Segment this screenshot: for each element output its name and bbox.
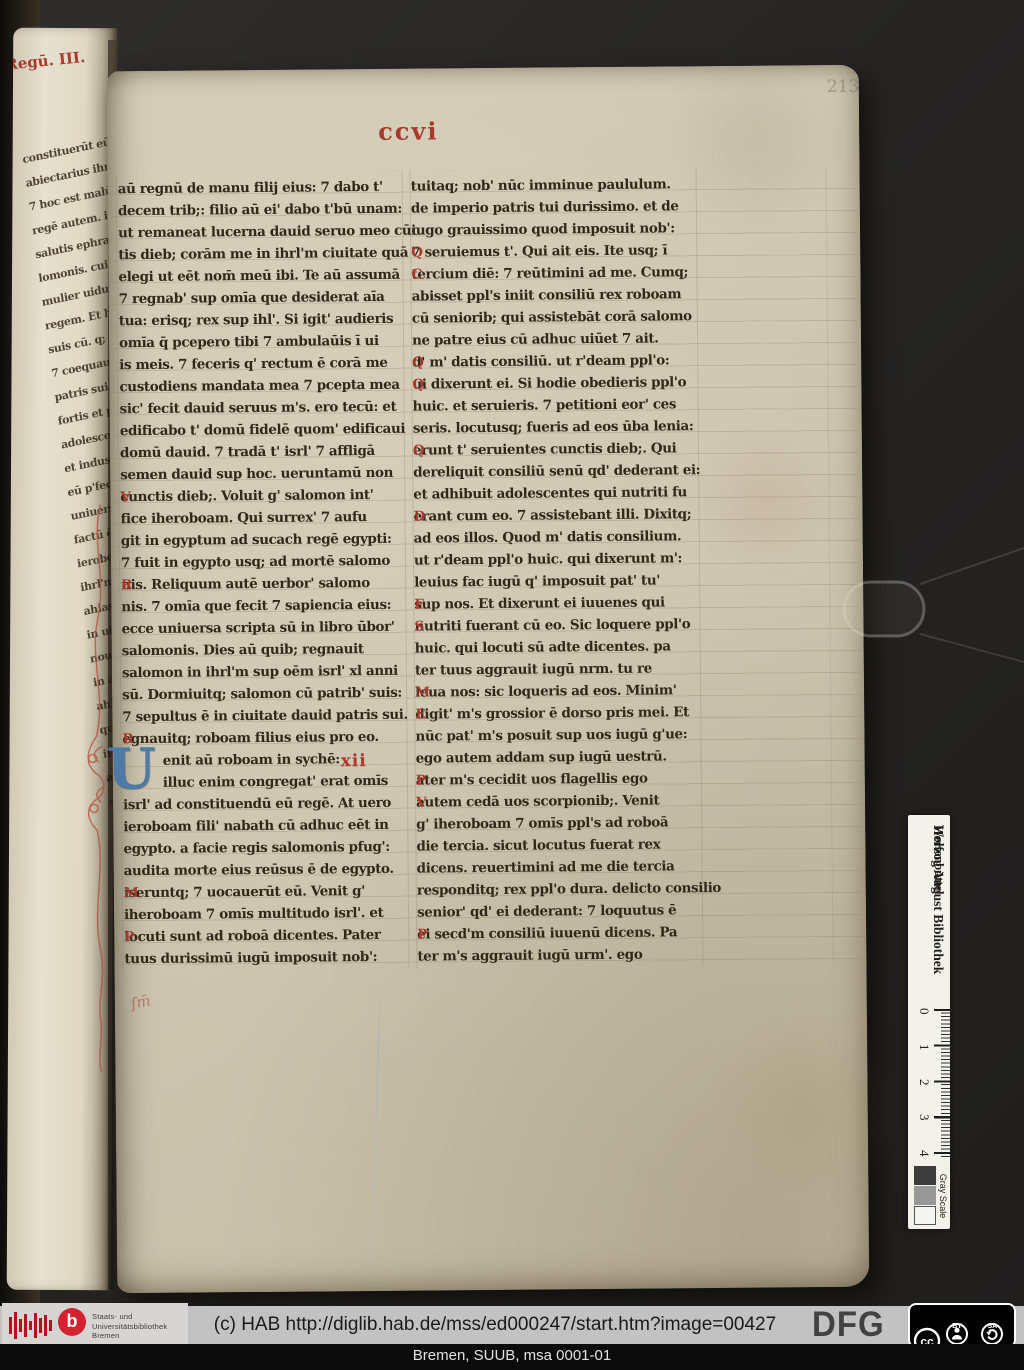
suub-bars-icon [8, 1310, 54, 1341]
rubric-initial: P [124, 926, 134, 948]
manuscript-line: aū regnū de manu filij eius: 7 dabo t' [118, 176, 410, 201]
manuscript-line: semen dauid sup hoc. ueruntamū non [120, 462, 412, 487]
rubric-initial: R [121, 574, 132, 596]
suub-name: Staats- undUniversitätsbibliothekBremen [92, 1312, 167, 1341]
parchment-stain [715, 1014, 897, 1206]
manuscript-line: elegi ut eēt nom̄ meū ibi. Te aū assumā [118, 264, 410, 289]
scale-number: 2 [916, 1079, 932, 1086]
scale-number: 4 [916, 1150, 932, 1157]
cc-by-icon: BY [952, 1322, 962, 1330]
rubric-initial: E [415, 704, 425, 726]
institution-label: Herzog August Bibliothek Wolfenbüttel [908, 815, 950, 1007]
manuscript-line: ut r'deam ppl'o huic. qui dixerunt m': [414, 547, 706, 572]
manuscript-line: Q7 seruiemus t'. Qui ait eis. Ite usq; ī [411, 239, 703, 264]
manuscript-line: Snutriti fuerant cū eo. Sic loquere ppl'… [414, 613, 706, 638]
penwork-flourish [78, 500, 119, 1100]
suub-bremen-logo: b Staats- undUniversitätsbibliothekBreme… [2, 1303, 188, 1348]
manuscript-line: Rnis. Reliquum autē uerbor' salomo [121, 572, 413, 597]
manuscript-line: tuitaq; nob' nūc imminue paululum. [411, 173, 703, 198]
manuscript-line: ieroboam fili' nabath cū adhuc eēt in [123, 814, 415, 839]
manuscript-line: huic. et seruieris. 7 petitioni eor' ces [413, 393, 705, 418]
scale-number: 1 [916, 1044, 932, 1051]
rubric-initial: Q [412, 352, 424, 374]
gray-swatches [914, 1163, 938, 1229]
manuscript-line: Esup nos. Et dixerunt ei iuuenes qui [414, 591, 706, 616]
manuscript-line: Pater m's cecidit uos flagellis ego [416, 767, 708, 792]
manuscript-line: 7 sepultus ē in ciuitate dauid patris su… [122, 704, 414, 729]
gray-swatch-dark [914, 1166, 936, 1185]
manuscript-line: Qerunt t' seruientes cunctis dieb;. Qui [413, 437, 705, 462]
manuscript-line: Qui dixerunt ei. Si hodie obedieris ppl'… [412, 371, 704, 396]
manuscript-page: ccvi 213 U xii aū regnū de manu filij ei… [107, 65, 870, 1294]
manuscript-line: 7 fuit in egypto usq; ad mortē salomo [121, 550, 413, 575]
gray-scale-patch: Gray Scale [908, 1163, 950, 1229]
folio-header-numeral: ccvi [378, 116, 439, 146]
manuscript-line: isrl' ad constituendū eū regē. At uero [123, 792, 415, 817]
manuscript-line: die tercia. sicut locutus fuerat rex [416, 833, 708, 858]
manuscript-line: ne patre eius cū adhuc uiūet 7 ait. [412, 327, 704, 352]
manuscript-line: salomon in ihrl'm sup oēm isrl' xl anni [122, 660, 414, 685]
manuscript-line: Qd' m' datis consiliū. ut r'deam ppl'o: [412, 349, 704, 374]
manuscript-line: seris. locutusq; fueris ad eos ūba lenia… [413, 415, 705, 440]
centimeter-ticks [934, 1009, 950, 1161]
manuscript-line: tua: erisq; rex sup ihl'. Si igit' audie… [119, 308, 411, 333]
color-reference-ruler: Herzog August Bibliothek Wolfenbüttel 01… [908, 815, 950, 1229]
manuscript-line: nūc pat' m's posuit sup uos iugū g'ue: [415, 723, 707, 748]
manuscript-line: Plocuti sunt ad roboā dicentes. Pater [124, 924, 416, 949]
manuscript-line: Pei secd'm consiliū iuuenū dicens. Pa [417, 921, 709, 946]
manuscript-line: git in egyptum ad sucach regē egypti: [121, 528, 413, 553]
manuscript-line: responditq; rex ppl'o dura. delicto cons… [417, 877, 709, 902]
manuscript-line: nis. 7 omīa que fecit 7 sapiencia eius: [121, 594, 413, 619]
manuscript-line: edificabo t' domū fidelē quom' edificaui [120, 418, 412, 443]
manuscript-line: cū seniorib; qui assistebāt corā salomo [412, 305, 704, 330]
suub-name-line: Staats- und [92, 1312, 167, 1322]
rubric-initial: E [414, 594, 424, 616]
manuscript-line: Vautem cedā uos scorpionib;. Venit [416, 789, 708, 814]
manuscript-line: ter tuus aggrauit iugū nrm. tu re [415, 657, 707, 682]
scale-number: 0 [916, 1008, 932, 1015]
text-column-left: U xii aū regnū de manu filij eius: 7 dab… [118, 176, 417, 971]
copyright-url: (c) HAB http://diglib.hab.de/mss/ed00024… [195, 1306, 795, 1344]
centimeter-scale: 01234 [908, 1007, 950, 1163]
manuscript-line: illuc enim congregat' erat omīs [123, 770, 415, 795]
manuscript-line: domū dauid. 7 tradā t' isrl' 7 affligā [120, 440, 412, 465]
rubric-initial: P [416, 770, 426, 792]
manuscript-line: huic. qui locuti sū adte dicentes. pa [415, 635, 707, 660]
rubric-initial: R [122, 728, 133, 750]
manuscript-line: Edigit' m's grossior ē dorso pris mei. E… [415, 701, 707, 726]
manuscript-line: enit aū roboam in sychē: [123, 748, 415, 773]
suub-name-line: Bremen [92, 1331, 167, 1341]
suub-name-line: Universitätsbibliothek [92, 1322, 167, 1332]
rubric-initial: M [124, 882, 139, 904]
manuscript-line: iugo grauissimo quod imposuit nob': [411, 217, 703, 242]
manuscript-line: Miseruntq; 7 uocauerūt eū. Venit g' [124, 880, 416, 905]
manuscript-line: egypto. a facie regis salomonis pfug': [123, 836, 415, 861]
manuscript-line: fice iheroboam. Qui surrex' 7 aufu [120, 506, 412, 531]
manuscript-line: Vcunctis dieb;. Voluit g' salomon int' [120, 484, 412, 509]
manuscript-line: omīa q̄ pcepero tibi 7 ambulaūis ī ui [119, 330, 411, 355]
cc-sa-icon: SA [987, 1322, 997, 1330]
manuscript-line: 7 regnab' sup omīa que desiderat aīa [119, 286, 411, 311]
ruler-content: Herzog August Bibliothek Wolfenbüttel 01… [908, 815, 950, 1229]
text-column-right: tuitaq; nob' nūc imminue paululum.de imp… [411, 173, 710, 968]
rubric-initial: Q [413, 440, 425, 462]
manuscript-line: sic' fecit dauid seruus m's. ero tecū: e… [120, 396, 412, 421]
institution-city: Wolfenbüttel [931, 825, 946, 894]
manuscript-line: senior' qd' ei dederant: 7 loquutus ē [417, 899, 709, 924]
manuscript-line: decem trib;: filio aū ei' dabo t'bū unam… [118, 198, 410, 223]
gray-swatch-mid [914, 1186, 936, 1205]
suub-b-icon: b [58, 1308, 86, 1336]
shelfmark-caption: Bremen, SUUB, msa 0001-01 [0, 1344, 1024, 1370]
manuscript-line: abisset ppl's iniit consiliū rex roboam [412, 283, 704, 308]
folio-number: 213 [827, 77, 860, 97]
manuscript-line: tuus durissimū iugū imposuit nob': [124, 946, 416, 971]
rubric-initial: P [417, 924, 427, 946]
bookmark-thread [371, 986, 381, 1282]
quire-mark: ſm̄ [129, 991, 152, 1012]
manuscript-line: salomonis. Dies aū quib; regnauit [122, 638, 414, 663]
rubric-initial: D [413, 506, 425, 528]
rubric-initial: C [411, 264, 422, 286]
scale-number: 3 [916, 1114, 932, 1121]
dfg-logo: DFG [812, 1304, 885, 1345]
manuscript-line: dereliquit consiliū senū qd' dederant ei… [413, 459, 705, 484]
rubric-initial: V [120, 486, 130, 508]
manuscript-line: ecce uniuersa scripta sū in libro ūbor' [121, 616, 413, 641]
manuscript-line: ter m's aggrauit iugū urm'. ego [417, 943, 709, 968]
manuscript-line: et adhibuit adolescentes qui nutriti fu [413, 481, 705, 506]
manuscript-line: tis dieb; corām me in ihrl'm ciuitate qu… [118, 242, 410, 267]
manuscript-line: dicens. reuertimini ad me die tercia [417, 855, 709, 880]
manuscript-line: Derant cum eo. 7 assistebant illi. Dixit… [413, 503, 705, 528]
manuscript-line: custodiens mandata mea 7 pcepta mea [119, 374, 411, 399]
cc-license-badge: cc BY SA [908, 1303, 1016, 1348]
manuscript-line: Mleua nos: sic loqueris ad eos. Minim' [415, 679, 707, 704]
running-title: Regū. III. [7, 48, 86, 74]
manuscript-line: g' iheroboam 7 omīs ppl's ad roboā [416, 811, 708, 836]
gray-scale-label: Gray Scale [938, 1163, 948, 1229]
rubric-initial: M [415, 682, 430, 704]
manuscript-line: ut remaneat lucerna dauid seruo meo cūc [118, 220, 410, 245]
digitized-manuscript-viewer: Regū. III. constituerūt eū regēabiectari… [0, 0, 1024, 1370]
manuscript-line: de imperio patris tui durissimo. et de [411, 195, 703, 220]
manuscript-line: sū. Dormiuitq; salomon cū patrib' suis: [122, 682, 414, 707]
gray-swatch-light [914, 1206, 936, 1225]
chapter-numeral: xii [341, 751, 367, 771]
manuscript-line: Regnauitq; roboam filius eius pro eo. [122, 726, 414, 751]
rubric-initial: Q [411, 242, 423, 264]
rubric-initial: V [416, 792, 426, 814]
rubric-initial: Q [412, 374, 424, 396]
page-holder-strip [836, 540, 1024, 670]
manuscript-line: audita morte eius reūsus ē de egypto. [124, 858, 416, 883]
manuscript-line: ad eos illos. Quod m' datis consilium. [414, 525, 706, 550]
manuscript-line: is meis. 7 feceris q' rectum ē corā me [119, 352, 411, 377]
manuscript-line: leuius fac iugū q' imposuit pat' tu' [414, 569, 706, 594]
manuscript-line: iheroboam 7 omīs multitudo isrl'. et [124, 902, 416, 927]
rubric-initial: S [414, 616, 424, 638]
manuscript-line: Ctercium diē: 7 reūtimini ad me. Cumq; [411, 261, 703, 286]
manuscript-line: ego autem addam sup iugū uestrū. [416, 745, 708, 770]
